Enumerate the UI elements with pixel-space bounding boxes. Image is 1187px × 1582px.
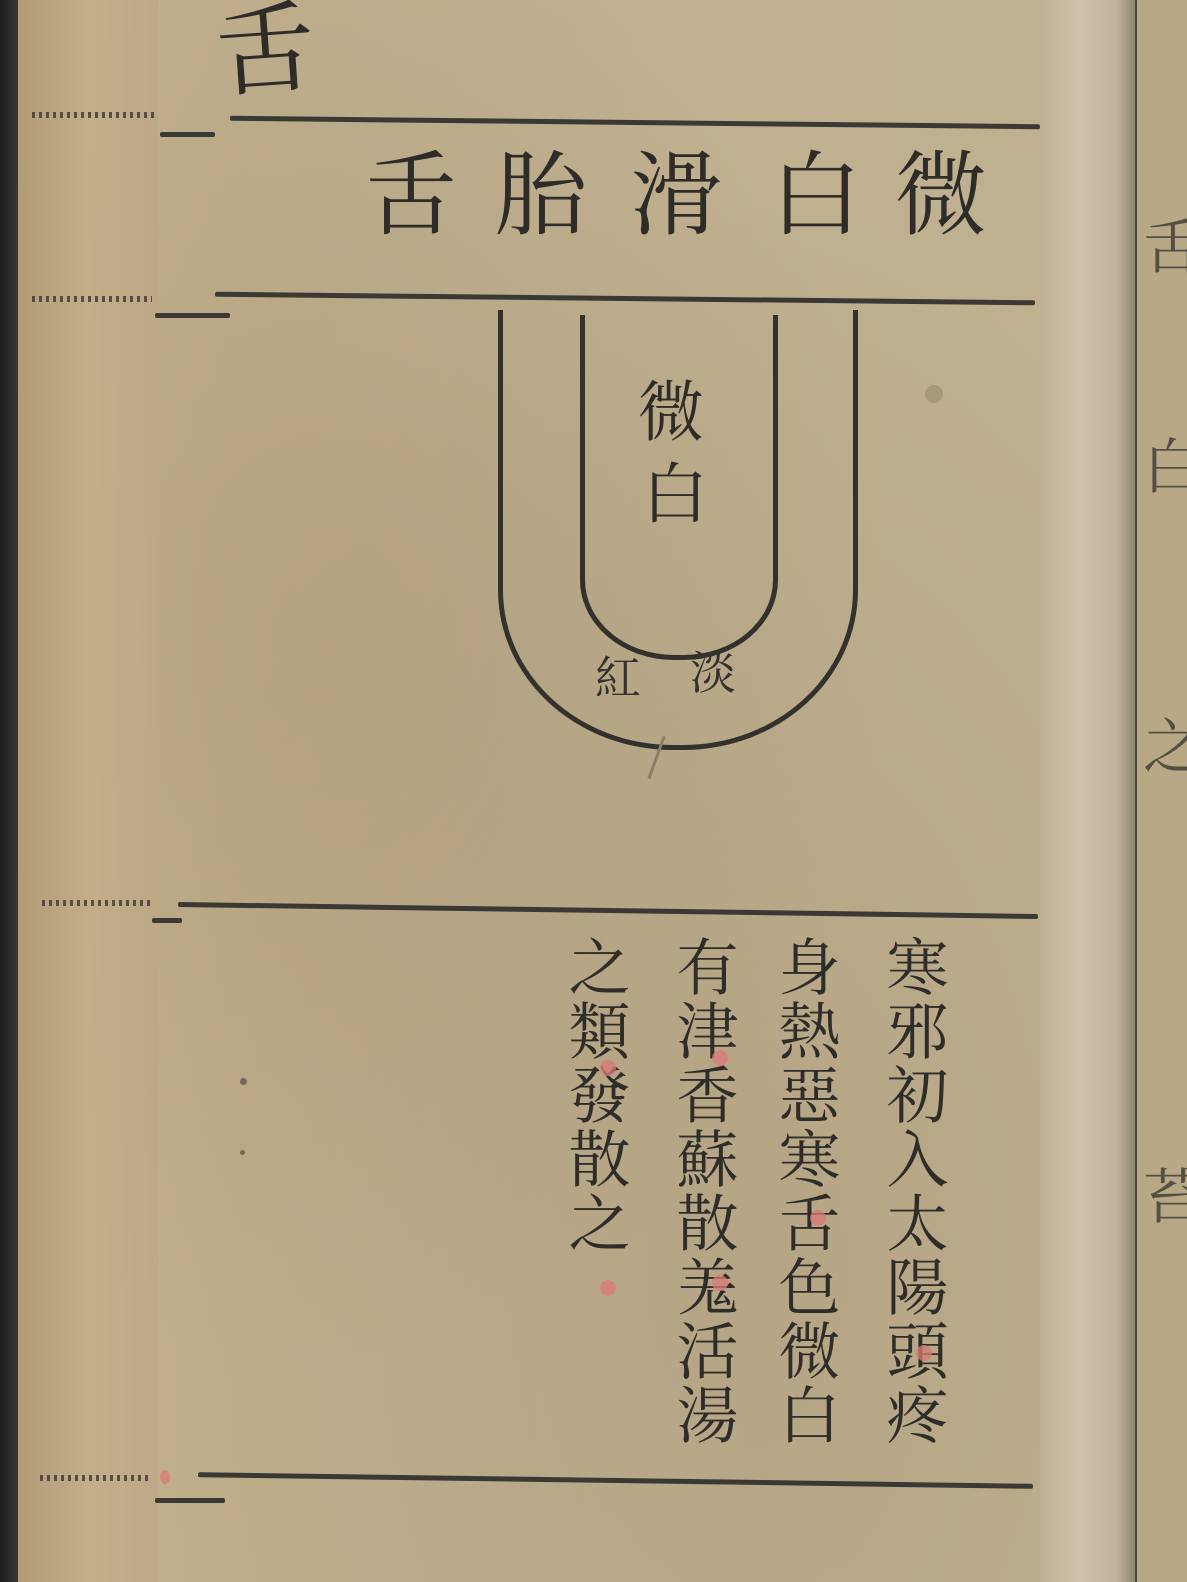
bottom-rule-stub [155, 1498, 225, 1503]
paper-speck [240, 1078, 247, 1085]
heading-char: 胎 [495, 150, 587, 242]
tongue-edge-label: 紅 [595, 655, 641, 701]
text-column: 之類發散之 [525, 935, 625, 1255]
heading-top-rule-stub [160, 132, 215, 137]
red-punctuation-mark [712, 1050, 728, 1066]
heading-char: 白 [770, 150, 862, 242]
heading-char: 舌 [365, 150, 457, 242]
tongue-center-label: 微 [638, 380, 704, 446]
page-fold-edge [1040, 0, 1135, 1582]
section-divider-rule-stub [152, 918, 182, 923]
red-punctuation-mark [712, 1275, 728, 1291]
adjacent-page-fragment: 白 [1143, 420, 1187, 506]
heading-char: 滑 [630, 150, 722, 242]
red-punctuation-mark [810, 1210, 826, 1226]
red-punctuation-mark [600, 1060, 616, 1076]
adjacent-page-fragment: 苔 [1143, 1150, 1187, 1236]
paper-speck [240, 1150, 245, 1155]
text-column: 有津香蘇散羗活湯 [633, 935, 733, 1447]
stitch-mark [42, 900, 152, 906]
heading-bottom-rule-stub [155, 313, 230, 318]
book-spine-edge [0, 0, 18, 1582]
red-punctuation-mark [916, 1345, 932, 1361]
stitch-mark [32, 296, 152, 302]
binding-margin [18, 0, 158, 1582]
red-punctuation-mark [600, 1280, 616, 1296]
text-column: 寒邪初入太陽頭疼 [843, 935, 943, 1447]
paper-speck [925, 385, 943, 403]
adjacent-page-fragment: 之 [1143, 700, 1187, 786]
red-punctuation-mark [160, 1470, 170, 1484]
text-column: 身熱惡寒舌色微白 [735, 935, 835, 1447]
tongue-center-label: 白 [642, 462, 708, 528]
adjacent-page-fragment: 舌 [1143, 200, 1187, 286]
stitch-mark [32, 112, 157, 118]
partial-previous-character: 舌 [210, 0, 320, 117]
heading-char: 微 [895, 150, 987, 242]
adjacent-page: 舌 白 之 苔 [1135, 0, 1187, 1582]
tongue-edge-label: 淡 [690, 650, 736, 696]
stitch-mark [40, 1475, 150, 1481]
